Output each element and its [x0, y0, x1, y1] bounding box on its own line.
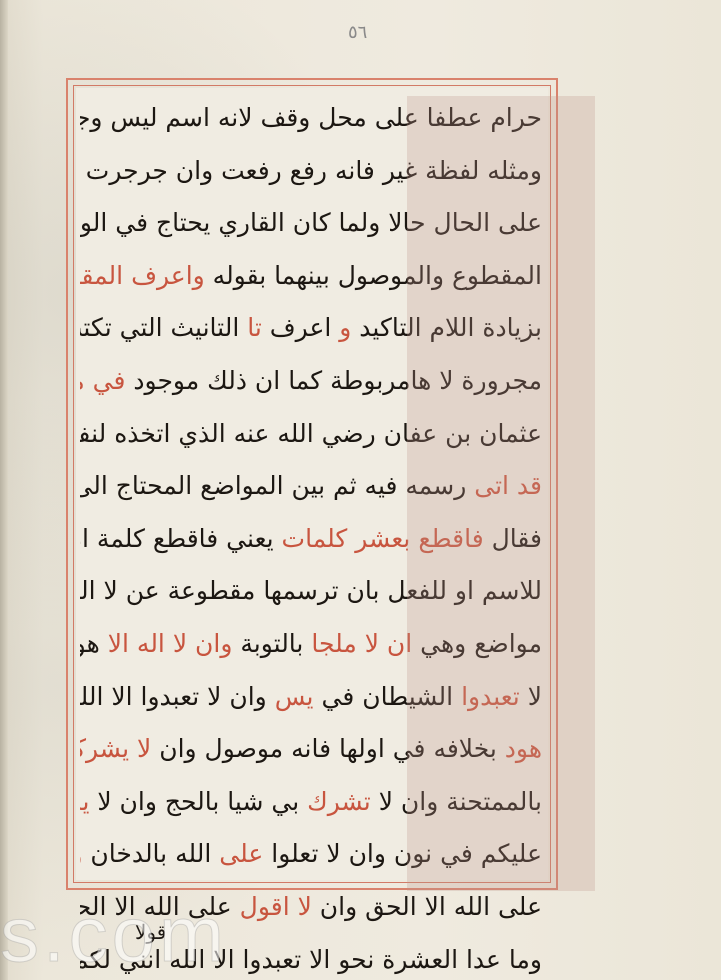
- rubricated-text: و: [339, 313, 351, 342]
- page-number: ٥٦: [348, 22, 367, 43]
- rubricated-text: تشرك: [307, 787, 371, 816]
- rubricated-text: يدخلنها: [80, 787, 89, 816]
- rubricated-text: ان لا ملجا: [311, 629, 412, 658]
- body-text: الله بالدخان: [82, 839, 219, 868]
- body-text: يعني فاقطع كلمة ان الناصبة: [80, 524, 282, 553]
- rubricated-text: يس: [275, 682, 314, 711]
- page-gutter-edge: [0, 0, 8, 980]
- body-text: بالتوبة: [232, 629, 311, 658]
- rubricated-text: لا يشركن: [80, 734, 151, 763]
- body-text: التانيث التي تكتب تا: [80, 313, 247, 342]
- rubricated-text: وان لا اله الا: [108, 629, 233, 658]
- body-text: اعرف: [262, 313, 339, 342]
- rubricated-text: لا اقول: [240, 892, 312, 921]
- body-text: بي شيا بالحج وان لا: [89, 787, 307, 816]
- watermark-overlay-band: [407, 96, 595, 891]
- rubricated-text: تا: [247, 313, 262, 342]
- rubricated-text: واعرف المقطوع وموصول: [80, 261, 205, 290]
- watermark-text: s.com: [0, 895, 228, 973]
- body-text: وان لا تعبدوا الا الله: [80, 682, 275, 711]
- body-text: على الله الا الحق وان: [312, 892, 542, 921]
- body-text: هو بهود: [80, 629, 108, 658]
- manuscript-page: ٥٦ حرام عطفا على محل وقف لانه اسم ليس وج…: [0, 0, 721, 980]
- rubricated-text: على: [219, 839, 263, 868]
- rubricated-text: في مصحف الامام: [80, 366, 125, 395]
